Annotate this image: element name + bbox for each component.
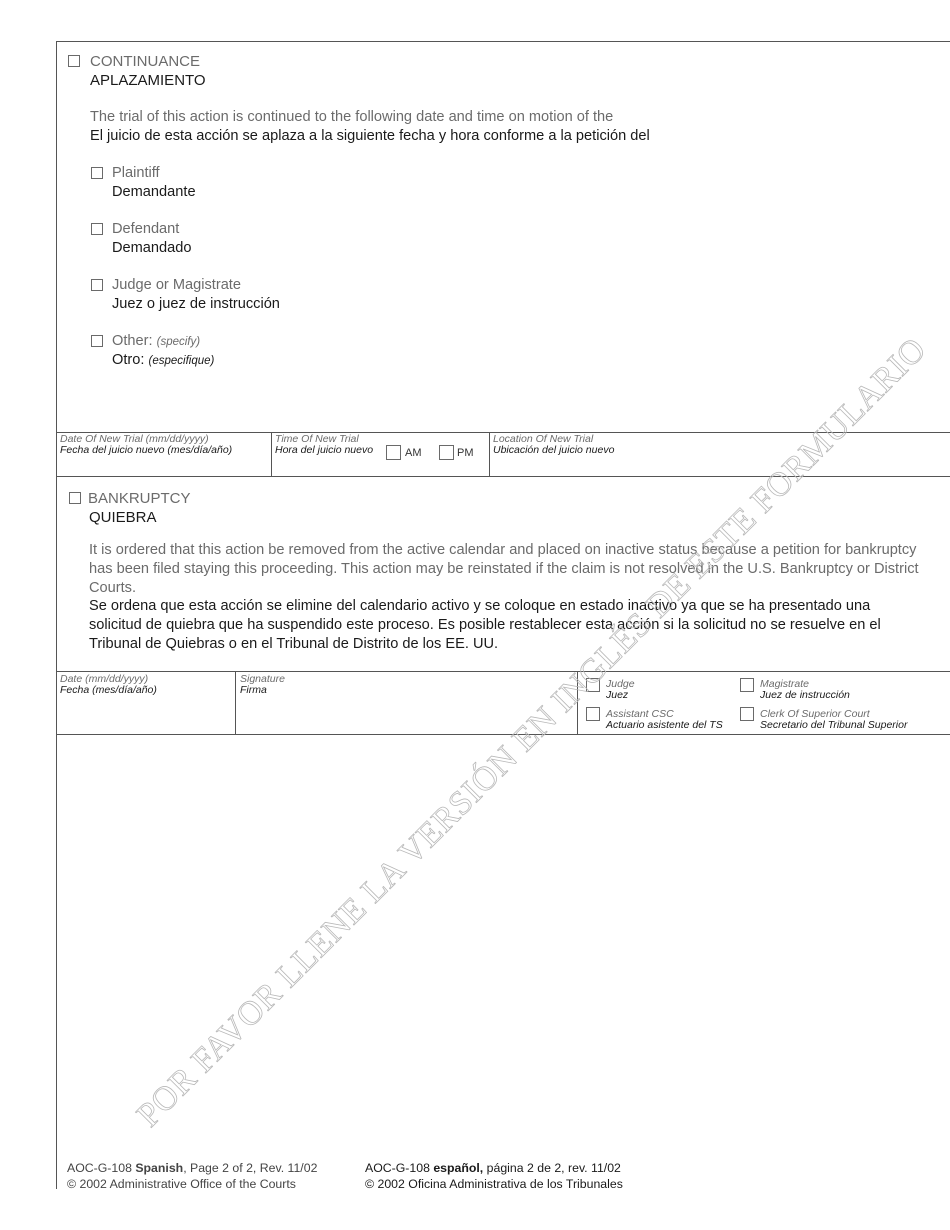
plaintiff-label-es: Demandante bbox=[112, 183, 196, 202]
defendant-checkbox[interactable] bbox=[91, 223, 103, 235]
location-of-new-trial-label-es: Ubicación del juicio nuevo bbox=[493, 445, 614, 456]
date-of-new-trial-label-es: Fecha del juicio nuevo (mes/día/año) bbox=[60, 445, 232, 456]
judge-or-magistrate-checkbox[interactable] bbox=[91, 279, 103, 291]
other-checkbox[interactable] bbox=[91, 335, 103, 347]
assistant-csc-role-checkbox[interactable] bbox=[586, 707, 600, 721]
footer-es-copyright: © 2002 Oficina Administrativa de los Tri… bbox=[365, 1176, 623, 1192]
other-label-es: Otro: (especifique) bbox=[112, 351, 214, 371]
defendant-label-es: Demandado bbox=[112, 239, 192, 258]
judge-role-label-es: Juez bbox=[606, 690, 628, 701]
assistant-csc-role-label-es: Actuario asistente del TS bbox=[606, 720, 723, 731]
plaintiff-checkbox[interactable] bbox=[91, 167, 103, 179]
judge-role-checkbox[interactable] bbox=[586, 678, 600, 692]
pm-checkbox[interactable] bbox=[439, 445, 454, 460]
continuance-title-es: APLAZAMIENTO bbox=[90, 71, 206, 90]
footer-es-form-line: AOC-G-108 español, página 2 de 2, rev. 1… bbox=[365, 1160, 623, 1176]
footer-en-lang: Spanish bbox=[135, 1161, 183, 1175]
other-label-en-text: Other: bbox=[112, 333, 153, 349]
footer-en-form-line: AOC-G-108 Spanish, Page 2 of 2, Rev. 11/… bbox=[67, 1160, 317, 1176]
other-label-es-text: Otro: bbox=[112, 352, 144, 368]
footer-es: AOC-G-108 español, página 2 de 2, rev. 1… bbox=[365, 1160, 623, 1192]
footer-es-form: AOC-G-108 bbox=[365, 1161, 433, 1175]
signature-label-es: Firma bbox=[240, 685, 267, 696]
pm-label: PM bbox=[457, 447, 474, 459]
am-checkbox[interactable] bbox=[386, 445, 401, 460]
bankruptcy-checkbox[interactable] bbox=[69, 492, 81, 504]
footer-es-rest: página 2 de 2, rev. 11/02 bbox=[483, 1161, 621, 1175]
bankruptcy-title-en: BANKRUPTCY bbox=[88, 489, 191, 508]
footer-es-lang: español, bbox=[433, 1161, 483, 1175]
footer-en-rest: , Page 2 of 2, Rev. 11/02 bbox=[183, 1161, 317, 1175]
divider bbox=[56, 476, 950, 477]
divider bbox=[56, 734, 950, 735]
bankruptcy-text-en: It is ordered that this action be remove… bbox=[89, 541, 919, 598]
divider bbox=[577, 671, 578, 734]
other-note-en: (specify) bbox=[157, 336, 200, 348]
signature-date-label-es: Fecha (mes/día/año) bbox=[60, 685, 157, 696]
bankruptcy-title-es: QUIEBRA bbox=[89, 508, 157, 527]
continuance-intro-es: El juicio de esta acción se aplaza a la … bbox=[90, 127, 650, 146]
footer-en-copyright: © 2002 Administrative Office of the Cour… bbox=[67, 1176, 317, 1192]
date-of-new-trial-field[interactable]: Date Of New Trial (mm/dd/yyyy) Fecha del… bbox=[56, 433, 271, 476]
magistrate-role-label-es: Juez de instrucción bbox=[760, 690, 850, 701]
clerk-role-checkbox[interactable] bbox=[740, 707, 754, 721]
continuance-checkbox[interactable] bbox=[68, 55, 80, 67]
magistrate-role-checkbox[interactable] bbox=[740, 678, 754, 692]
judge-or-magistrate-label-en: Judge or Magistrate bbox=[112, 276, 241, 295]
continuance-title-en: CONTINUANCE bbox=[90, 52, 200, 71]
time-of-new-trial-label-es: Hora del juicio nuevo bbox=[275, 445, 373, 456]
footer-en: AOC-G-108 Spanish, Page 2 of 2, Rev. 11/… bbox=[67, 1160, 317, 1192]
judge-or-magistrate-label-es: Juez o juez de instrucción bbox=[112, 295, 280, 314]
other-label-en: Other: (specify) bbox=[112, 332, 200, 352]
other-note-es: (especifique) bbox=[149, 355, 215, 367]
signature-date-field[interactable]: Date (mm/dd/yyyy) Fecha (mes/día/año) bbox=[56, 672, 235, 734]
bankruptcy-text-es: Se ordena que esta acción se elimine del… bbox=[89, 597, 919, 654]
plaintiff-label-en: Plaintiff bbox=[112, 164, 160, 183]
location-of-new-trial-field[interactable]: Location Of New Trial Ubicación del juic… bbox=[490, 433, 950, 476]
defendant-label-en: Defendant bbox=[112, 220, 179, 239]
signature-field[interactable]: Signature Firma bbox=[236, 672, 577, 734]
footer-en-form: AOC-G-108 bbox=[67, 1161, 135, 1175]
am-label: AM bbox=[405, 447, 422, 459]
clerk-role-label-es: Secretario del Tribunal Superior bbox=[760, 720, 907, 731]
continuance-intro-en: The trial of this action is continued to… bbox=[90, 108, 613, 127]
